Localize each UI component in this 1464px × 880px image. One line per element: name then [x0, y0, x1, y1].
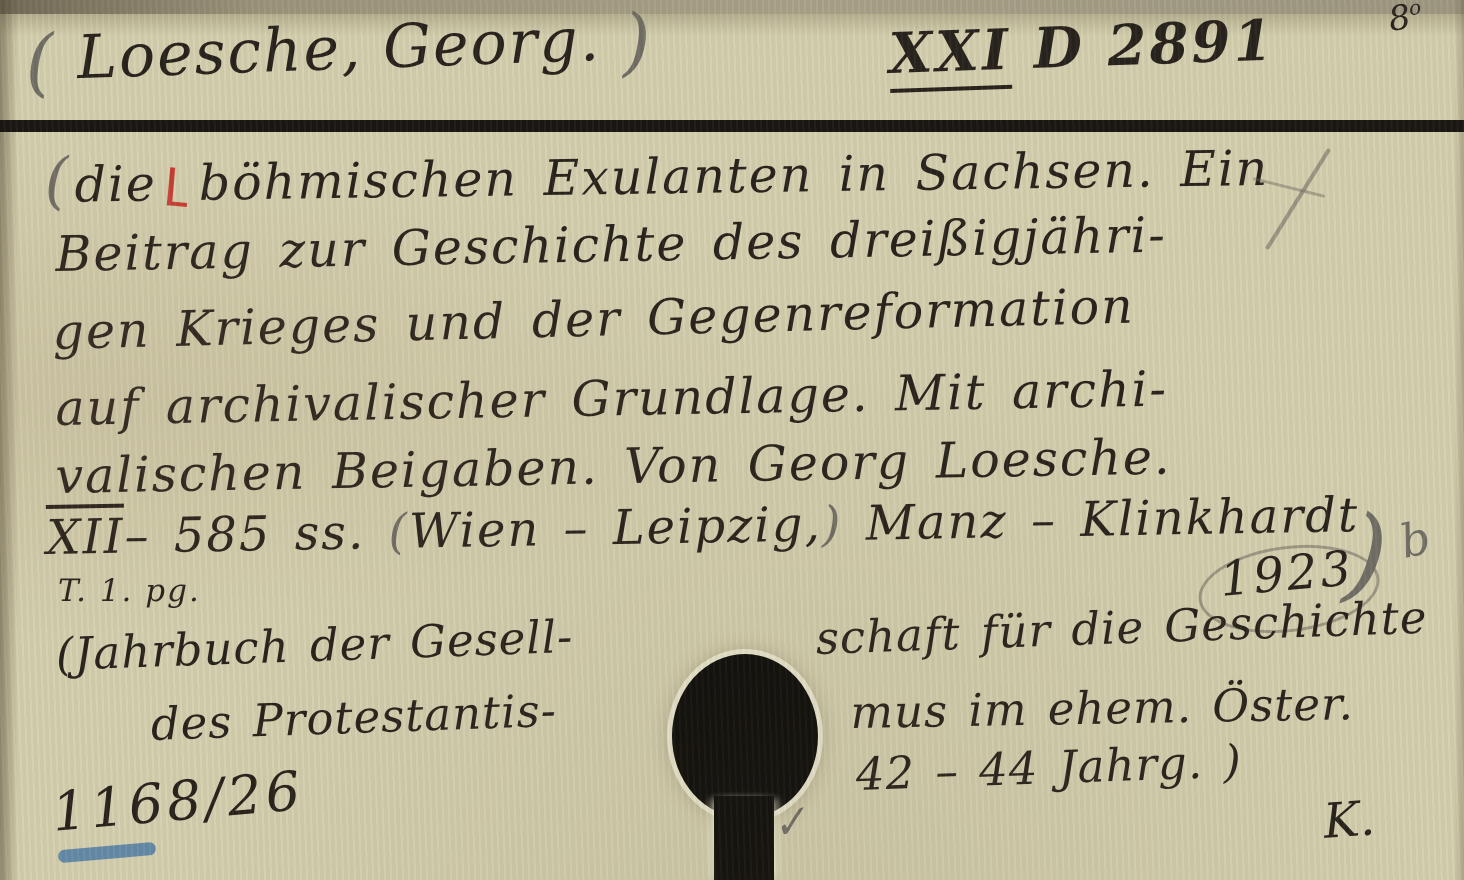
title-line-5: valischen Beigaben. Von Georg Loesche. [55, 433, 1172, 501]
series-note-right-line-1: schaft für die Geschichte [815, 595, 1428, 661]
series-note-right-line-2: mus im ehem. Öster. [850, 681, 1354, 735]
volume-note: T. 1. pg. [58, 576, 201, 607]
pencil-paren-place-open: ( [388, 504, 410, 560]
imprint-place: Wien – Leipzig, [409, 496, 823, 559]
call-number-value: 2891 [1106, 8, 1276, 80]
pencil-paren-place-close: ) [821, 496, 843, 552]
blue-underline-mark [58, 842, 157, 863]
pagination-rest: – 585 ss. [124, 504, 366, 564]
pencil-stroke-diagonal [1265, 148, 1331, 250]
call-number: XXI D 2891 [888, 13, 1276, 82]
cataloguer-initial: K. [1322, 794, 1376, 845]
pencil-checkmark: ✓ [768, 799, 811, 847]
title-line-4: auf archivalischer Grundlage. Mit archi- [55, 365, 1168, 433]
pencil-paren-open: ( [24, 19, 58, 106]
title-line-1-start: die [74, 155, 157, 213]
series-note-left-line-2: des Protestantis- [150, 688, 558, 747]
title-line-3: gen Krieges und der Gegenreformation [52, 282, 1135, 357]
format-mark: 8o [1386, 0, 1425, 37]
pencil-squiggle-note: b [1396, 514, 1434, 565]
series-note-right-line-3: 42 – 44 Jahrg. ) [855, 739, 1243, 797]
call-number-class: XXI [888, 17, 1013, 93]
card-right-edge [1454, 0, 1464, 880]
pencil-paren-title: ( [44, 144, 71, 217]
title-line-1-rest: böhmischen Exulanten in Sachsen. Ein [198, 140, 1269, 212]
call-number-letter: D [1032, 14, 1086, 82]
catalog-card-scan: ( Loesche, Georg. ) XXI D 2891 8o (diebö… [0, 0, 1464, 880]
title-line-2: Beitrag zur Geschichte des dreißigjähri- [55, 211, 1167, 279]
title-line-1: (dieböhmischen Exulanten in Sachsen. Ein [44, 133, 1270, 212]
heading-rule [0, 120, 1464, 132]
punch-hole-bulb [672, 654, 818, 818]
imprint-publisher: Manz – Klinkhardt [865, 487, 1359, 552]
pagination-roman: XII [46, 504, 125, 566]
series-note-left-line-1: (Jahrbuch der Gesell- [55, 614, 574, 677]
pencil-paren-close: ) [620, 0, 654, 85]
format-sup: o [1407, 0, 1423, 20]
punch-hole-stem [714, 796, 774, 880]
accession-number: 1168/26 [50, 764, 306, 840]
red-correction-mark [167, 167, 190, 207]
card-left-edge [0, 0, 18, 880]
